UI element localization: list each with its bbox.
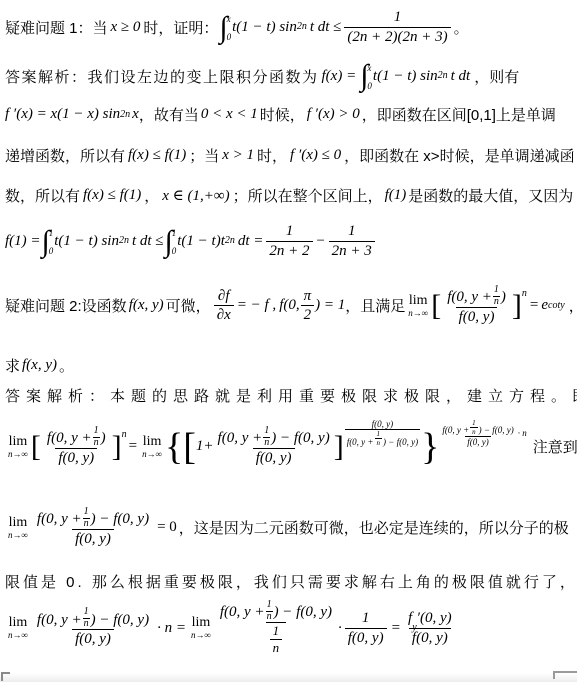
exponent-times-n: · n: [518, 428, 527, 438]
equals-sign: =: [129, 438, 137, 455]
math-f-le-f1: f(x) ≤ f(1): [83, 187, 141, 204]
mini-fraction-1-over-n: 1 n: [93, 426, 100, 448]
close-paren: ): [501, 288, 506, 307]
math-eq-1: ) = 1: [315, 297, 345, 314]
mini-fraction-1-over-n: 1 n: [263, 426, 270, 448]
fraction-denominator: f(0, y): [409, 628, 451, 648]
fraction-denominator: f(0, y): [465, 436, 491, 447]
fraction-denominator: 2n + 2: [266, 241, 312, 261]
answer1-tail: ，则有: [474, 66, 519, 87]
fraction-denominator: f(0, y): [55, 448, 97, 468]
fraction-denominator: 2n + 3: [329, 241, 375, 261]
text: ，即函数在区间[0,1]上是单调: [362, 104, 556, 125]
mini-denominator: n: [493, 296, 500, 308]
integral: ∫ 1 0: [42, 226, 54, 256]
integral: ∫ x 0: [360, 61, 372, 91]
math-interval: 0 < x < 1: [201, 106, 258, 123]
paragraph-answer2-intro: 答案解析：本题的思路就是利用重要极限求极限，建立方程。即: [5, 385, 573, 406]
integral-upper-bound: x: [367, 63, 372, 73]
text: ；当: [189, 145, 219, 166]
paragraph-limit-identity: lim n→∞ [ f(0, y + 1 n ) f(0, y) ]n = li…: [5, 426, 577, 468]
math-f0yp: f(0, y +: [47, 429, 92, 448]
integral-lower-bound: 0: [227, 32, 232, 42]
integral-upper-bound: 1: [49, 228, 54, 238]
note-label: 注意到：: [533, 436, 577, 457]
math-x-gt-1: x > 1: [222, 147, 254, 164]
fraction-partial-y-ratio: fy′(0, y) f(0, y): [405, 609, 455, 648]
mini-fraction-1-over-n: 1 n: [83, 507, 90, 529]
limit: lim n→∞: [142, 435, 162, 459]
integrand-tail: t dt ≤: [310, 19, 342, 36]
text: 数，所以有: [5, 185, 80, 206]
integral-lower-bound: 0: [49, 246, 54, 256]
equals-zero: = 0: [157, 519, 177, 536]
left-bracket: [: [31, 432, 41, 462]
integrand: t(1 − t) sin: [373, 68, 438, 85]
limit: lim n→∞: [8, 516, 28, 540]
integral-bounds: 1 0: [49, 226, 54, 256]
mini-fraction-1-over-n: 1 n: [493, 285, 500, 307]
exponent-fraction: f(0, y) f(0, y + 1 n ) − f(0, y): [345, 419, 420, 447]
mini-numerator: 1: [375, 430, 383, 438]
text: 递增函数，所以有: [5, 145, 125, 166]
math-f0yp: f(0, y +: [37, 611, 82, 630]
limit-word: lim: [9, 516, 28, 530]
mini-numerator: 1: [263, 426, 270, 437]
text: ，故有当: [139, 104, 199, 125]
math-derivative-nonpositive: f ′(x) ≤ 0: [290, 147, 341, 164]
math-condition: x ≥ 0: [111, 19, 141, 36]
exponent-fraction: f(0, y + 1 n ) − f(0, y) f(0, y): [440, 419, 515, 447]
limit-subscript: n→∞: [142, 450, 162, 459]
limit-subscript: n→∞: [408, 309, 428, 318]
fraction-1-over-2n2: 1 2n + 2: [266, 222, 312, 261]
limit-subscript: n→∞: [8, 631, 28, 640]
fraction-numerator: f(0, y + 1 n ) − f(0, y): [215, 426, 333, 448]
limit-word: lim: [9, 616, 28, 630]
paragraph-limit-zero: lim n→∞ f(0, y + 1 n ) − f(0, y) f(0, y)…: [5, 507, 569, 549]
fraction-denominator: f(0, y + 1 n ) − f(0, y): [345, 429, 420, 447]
math-f0yp: f(0, y +: [218, 429, 263, 448]
math-f1-eq: f(1) =: [5, 233, 41, 250]
paragraph-final-limit: lim n→∞ f(0, y + 1 n ) − f(0, y) f(0, y)…: [5, 600, 458, 657]
fraction-delta-ratio: f(0, y + 1 n ) − f(0, y) f(0, y): [215, 426, 333, 468]
mini-numerator: 1: [270, 623, 283, 639]
mini-denominator: n: [93, 437, 100, 449]
answer1-lead: 答案解析：我们设左边的变上限积分函数为: [5, 66, 319, 87]
integral-bounds: 1 0: [172, 226, 177, 256]
math-prime-0y: ′(0, y): [417, 609, 452, 628]
cdot: ·: [338, 620, 342, 637]
math-fx-def: f(x) =: [322, 68, 357, 85]
mini-denominator: n: [266, 611, 273, 623]
equals-sign: =: [392, 620, 400, 637]
integral: ∫ x 0: [219, 12, 231, 42]
fraction-numerator: f(0, y + 1 n ): [444, 285, 509, 307]
math-derivative: f ′(x) = x(1 − x) sin: [5, 106, 120, 123]
mini-numerator: 1: [83, 607, 90, 618]
fraction-1-over-f0y: 1 f(0, y): [345, 609, 387, 648]
integrand-tail: t dt: [451, 68, 471, 85]
fraction-partial: ∂f ∂x: [214, 287, 234, 326]
paragraph-answer1-line2: f ′(x) = x(1 − x) sin2n x ，故有当 0 < x < 1…: [5, 104, 556, 125]
limit-word: lim: [192, 616, 211, 630]
fraction-numerator: f(0, y + 1 n ) − f(0, y): [34, 607, 152, 629]
close-paren: ): [101, 429, 106, 448]
math-eq-negf: = − f ,: [237, 297, 276, 314]
mini-numerator: 1: [470, 419, 478, 427]
fraction-denominator: f(0, y): [72, 629, 114, 649]
fraction-delta-ratio: f(0, y + 1 n ) − f(0, y) f(0, y): [34, 607, 152, 649]
comma: ，: [144, 185, 159, 206]
integral-upper-bound: x: [227, 14, 232, 24]
integral-lower-bound: 0: [367, 81, 372, 91]
fraction-denominator: 1 n: [266, 622, 287, 657]
text: ；所以在整个区间上，: [233, 185, 383, 206]
fraction-denominator: (2n + 2)(2n + 3): [344, 27, 450, 47]
fraction-denominator: f(0, y): [456, 307, 498, 327]
mini-numerator: 1: [266, 600, 273, 611]
math-f-le-f1: f(x) ≤ f(1): [128, 147, 186, 164]
exponent-fraction-group: f(0, y + 1 n ) − f(0, y) f(0, y) · n: [439, 419, 526, 447]
fraction-ratio: f(0, y + 1 n ) f(0, y): [444, 285, 509, 327]
fraction-denominator: 2: [301, 305, 315, 325]
math-f0yp: f(0, y +: [447, 288, 492, 307]
math-domain: x ∈ (1,+∞): [162, 186, 229, 205]
text: 可微，: [166, 295, 211, 316]
integrand: t(1 − t)t: [177, 233, 225, 250]
fraction-numerator: f(0, y + 1 n ) − f(0, y): [34, 507, 152, 529]
paragraph-answer1-line4: 数，所以有 f(x) ≤ f(1) ， x ∈ (1,+∞) ；所以在整个区间上…: [5, 185, 573, 206]
limit-word: lim: [9, 435, 28, 449]
problem1-text: 时，证明：: [143, 17, 218, 38]
limit-word: lim: [143, 435, 162, 449]
mini-denominator: n: [83, 518, 90, 530]
fraction-numerator: π: [301, 287, 315, 306]
math-x: x: [132, 106, 139, 123]
math-fxy: f(x, y): [22, 357, 57, 374]
fraction-1-over-2n3: 1 2n + 3: [329, 222, 375, 261]
fraction-denominator: f(0, y): [72, 529, 114, 549]
integrand: t(1 − t) sin: [232, 19, 297, 36]
times-n-equals: · n =: [157, 620, 186, 637]
page-corner-mark-right: [553, 671, 577, 679]
comma: ，: [569, 295, 577, 316]
paragraph-f1-formula: f(1) = ∫ 1 0 t(1 − t) sin2n t dt ≤ ∫ 1 0…: [5, 222, 378, 261]
mini-fraction-1-over-n: 1 n: [375, 430, 383, 447]
paragraph-find-fxy: 求 f(x, y) 。: [5, 355, 74, 376]
left-brace-bracket: {[: [165, 428, 196, 466]
math-f1: f(1): [385, 187, 407, 204]
math-minus-f0y: ) − f(0, y): [91, 510, 149, 529]
mini-fraction-1-over-n: 1 n: [266, 600, 273, 622]
fraction-denominator: ∂x: [214, 305, 234, 325]
limit-subscript: n→∞: [8, 450, 28, 459]
paragraph-problem2: 疑难问题 2:设函数 f(x, y) 可微， ∂f ∂x = − f , f(0…: [5, 285, 577, 327]
right-bracket: ]: [112, 432, 122, 462]
fraction-numerator: ∂f: [215, 287, 233, 306]
paragraph-problem1: 疑难问题 1：当 x ≥ 0 时，证明： ∫ x 0 t(1 − t) sin2…: [5, 8, 469, 47]
integrand-tail: t dt ≤: [132, 233, 164, 250]
limit-word: lim: [409, 294, 428, 308]
one-plus: 1+: [196, 438, 214, 455]
text: ，这是因为二元函数可微，也必定是连续的，所以分子的极: [179, 517, 569, 538]
limit: lim n→∞: [408, 294, 428, 318]
fraction-numerator: f(0, y + 1 n ) − f(0, y): [440, 419, 515, 436]
text: 时，: [257, 145, 287, 166]
mini-numerator: 1: [493, 285, 500, 296]
mini-denominator: n: [375, 438, 383, 447]
math-f0: f(0,: [279, 297, 299, 314]
limit: lim n→∞: [191, 616, 211, 640]
integrand-tail: dt =: [238, 233, 264, 250]
math-f0yp: f(0, y +: [442, 425, 469, 435]
fraction-pi-over-2: π 2: [301, 287, 315, 326]
mini-numerator: 1: [93, 426, 100, 437]
right-bracket: ]: [334, 432, 344, 462]
text: ，且满足: [345, 295, 405, 316]
minus-sign: −: [316, 233, 326, 250]
equals-sign: =: [530, 297, 538, 314]
limit-subscript: n→∞: [8, 531, 28, 540]
exponent-fraction-group: f(0, y) f(0, y + 1 n ) − f(0, y): [344, 419, 421, 447]
mini-denominator: n: [270, 639, 283, 656]
text: 是函数的最大值，又因为: [408, 185, 573, 206]
problem2-label: 疑难问题 2:设函数: [5, 295, 127, 316]
math-minus-f0y: ) − f(0, y): [479, 425, 514, 435]
period: 。: [59, 355, 74, 376]
math-derivative-positive: f ′(x) > 0: [307, 106, 360, 123]
text: ，即函数在 x>时候，是单调递减函: [344, 145, 574, 166]
fraction-bound: 1 (2n + 2)(2n + 3): [344, 8, 450, 47]
limit-subscript: n→∞: [191, 631, 211, 640]
fraction-difference-quotient: f(0, y + 1 n ) − f(0, y) 1 n: [217, 600, 335, 657]
problem1-label: 疑难问题 1：当: [5, 17, 108, 38]
fraction-ratio: f(0, y + 1 n ) f(0, y): [44, 426, 109, 468]
limit: lim n→∞: [8, 435, 28, 459]
left-bracket: [: [431, 291, 441, 321]
fraction-numerator: 1: [283, 222, 297, 241]
paragraph-conclusion-text: 限值是 0. 那么根据重要极限，我们只需要求解右上角的极限值就行了，即: [5, 571, 573, 592]
math-minus-f0y: ) − f(0, y): [383, 437, 418, 447]
math-f0yp: f(0, y +: [220, 603, 265, 622]
paragraph-answer1-line3: 递增函数，所以有 f(x) ≤ f(1) ；当 x > 1 时， f ′(x) …: [5, 145, 575, 166]
fraction-numerator: 1: [391, 8, 405, 27]
math-minus-f0y: ) − f(0, y): [274, 603, 332, 622]
document-page: 疑难问题 1：当 x ≥ 0 时，证明： ∫ x 0 t(1 − t) sin2…: [0, 0, 577, 682]
fraction-numerator: f(0, y + 1 n ): [44, 426, 109, 448]
integral: ∫ 1 0: [165, 226, 177, 256]
math-minus-f0y: ) − f(0, y): [91, 611, 149, 630]
right-bracket: ]: [512, 291, 522, 321]
mini-fraction-1-over-n: 1 n: [83, 607, 90, 629]
text: 求: [5, 355, 20, 376]
fraction-numerator: f(0, y + 1 n ) − f(0, y): [217, 600, 335, 622]
mini-denominator: n: [470, 427, 478, 436]
integral-bounds: x 0: [367, 61, 372, 91]
fraction-delta-ratio: f(0, y + 1 n ) − f(0, y) f(0, y): [34, 507, 152, 549]
math-fxy: f(x, y): [129, 297, 164, 314]
math-f0yp: f(0, y +: [347, 437, 374, 447]
math-e: e: [541, 297, 548, 314]
integral-lower-bound: 0: [172, 246, 177, 256]
text: 时候，: [260, 104, 305, 125]
fraction-numerator: 1: [345, 222, 359, 241]
period: 。: [454, 17, 469, 38]
integrand: t(1 − t) sin: [54, 233, 119, 250]
mini-fraction-1-over-n: 1 n: [470, 419, 478, 436]
fraction-numerator: fy′(0, y): [405, 609, 455, 628]
fraction-denominator: f(0, y): [253, 448, 295, 468]
fraction-denominator: f(0, y): [345, 628, 387, 648]
integral-upper-bound: 1: [172, 228, 177, 238]
right-brace: }: [421, 428, 439, 466]
fraction-numerator: f(0, y): [370, 419, 396, 429]
limit: lim n→∞: [8, 616, 28, 640]
mini-numerator: 1: [83, 507, 90, 518]
text: 限值是 0. 那么根据重要极限，我们只需要求解右上角的极限值就行了，即: [5, 574, 577, 591]
integral-bounds: x 0: [227, 12, 232, 42]
mini-denominator: n: [83, 618, 90, 630]
paragraph-answer1-intro: 答案解析：我们设左边的变上限积分函数为 f(x) = ∫ x 0 t(1 − t…: [5, 61, 519, 91]
fraction-1-over-n: 1 n: [270, 623, 283, 657]
answer2-lead: 答案解析：本题的思路就是利用重要极限求极限，建立方程。即: [5, 388, 577, 405]
page-bottom-strip: [0, 673, 577, 682]
math-f0yp: f(0, y +: [37, 510, 82, 529]
mini-denominator: n: [263, 437, 270, 449]
page-corner-mark-left: [1, 672, 10, 681]
fraction-numerator: 1: [359, 609, 373, 628]
math-minus-f0y: ) − f(0, y): [271, 429, 329, 448]
